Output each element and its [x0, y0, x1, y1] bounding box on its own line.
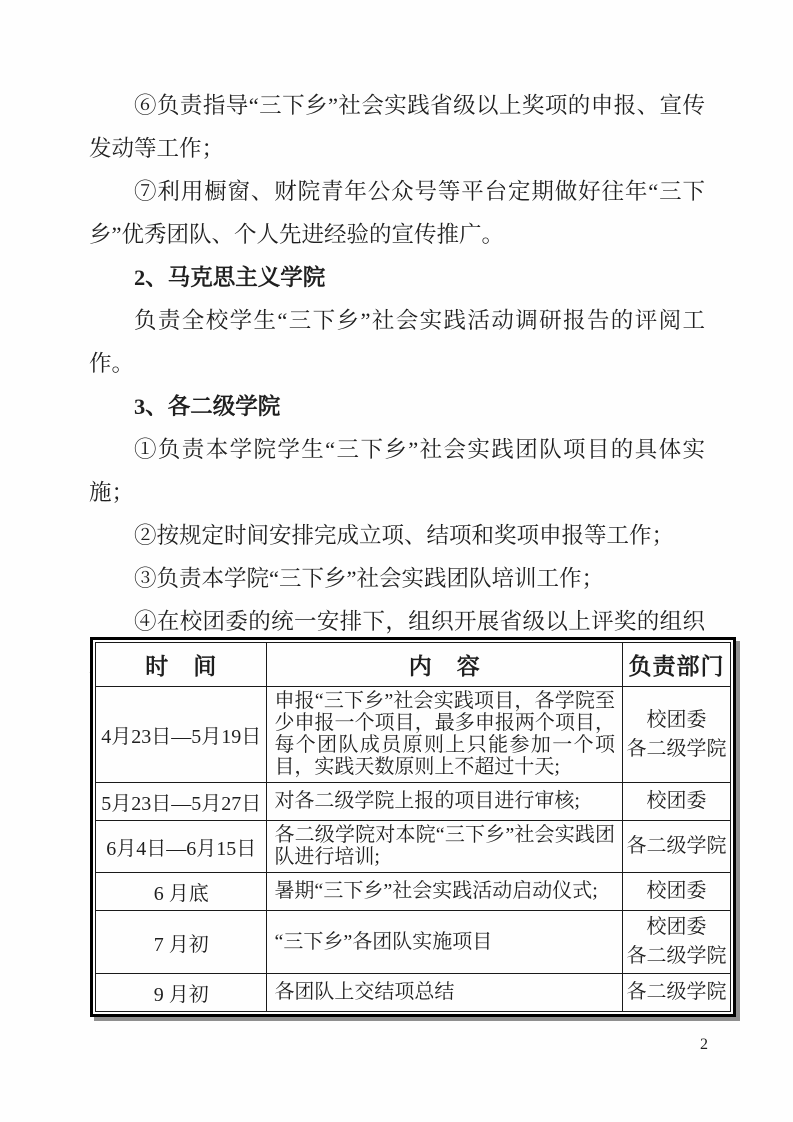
cell-department: 校团委 — [623, 873, 731, 911]
cell-time: 4月23日—5月19日 — [96, 687, 267, 783]
cell-department: 校团委 各二级学院 — [623, 687, 731, 783]
cell-content: 暑期“三下乡”社会实践活动启动仪式; — [267, 873, 623, 911]
document-body: ⑥负责指导“三下乡”社会实践省级以上奖项的申报、宣传发动等工作； ⑦利用橱窗、财… — [89, 84, 705, 729]
table-row: 4月23日—5月19日 申报“三下乡”社会实践项目，各学院至少申报一个项目，最多… — [96, 687, 731, 783]
schedule-table: 时 间 内 容 负责部门 4月23日—5月19日 申报“三下乡”社会实践项目，各… — [95, 642, 731, 1012]
cell-content: 各二级学院对本院“三下乡”社会实践团队进行培训; — [267, 821, 623, 873]
cell-content: 对各二级学院上报的项目进行审核; — [267, 783, 623, 821]
column-header-content: 内 容 — [267, 643, 623, 687]
cell-department: 各二级学院 — [623, 974, 731, 1012]
cell-time: 6 月底 — [96, 873, 267, 911]
cell-content: 各团队上交结项总结 — [267, 974, 623, 1012]
page-number: 2 — [700, 1036, 708, 1054]
paragraph-item-2: ②按规定时间安排完成立项、结项和奖项申报等工作； — [89, 514, 705, 557]
cell-time: 5月23日—5月27日 — [96, 783, 267, 821]
document-page: ⑥负责指导“三下乡”社会实践省级以上奖项的申报、宣传发动等工作； ⑦利用橱窗、财… — [0, 0, 793, 1122]
cell-time: 7 月初 — [96, 911, 267, 974]
cell-department: 校团委 — [623, 783, 731, 821]
schedule-table-frame: 时 间 内 容 负责部门 4月23日—5月19日 申报“三下乡”社会实践项目，各… — [90, 637, 736, 1017]
cell-time: 6月4日—6月15日 — [96, 821, 267, 873]
table-row: 6 月底 暑期“三下乡”社会实践活动启动仪式; 校团委 — [96, 873, 731, 911]
table-row: 9 月初 各团队上交结项总结 各二级学院 — [96, 974, 731, 1012]
cell-content: “三下乡”各团队实施项目 — [267, 911, 623, 974]
paragraph-item-3: ③负责本学院“三下乡”社会实践团队培训工作； — [89, 557, 705, 600]
cell-department: 各二级学院 — [623, 821, 731, 873]
table-row: 5月23日—5月27日 对各二级学院上报的项目进行审核; 校团委 — [96, 783, 731, 821]
section-heading-3: 3、各二级学院 — [89, 385, 705, 428]
column-header-department: 负责部门 — [623, 643, 731, 687]
paragraph-item-6: ⑥负责指导“三下乡”社会实践省级以上奖项的申报、宣传发动等工作； — [89, 84, 705, 170]
paragraph-item-1: ①负责本学院学生“三下乡”社会实践团队项目的具体实施； — [89, 428, 705, 514]
section-heading-2: 2、马克思主义学院 — [89, 256, 705, 299]
paragraph-item-7: ⑦利用橱窗、财院青年公众号等平台定期做好往年“三下乡”优秀团队、个人先进经验的宣… — [89, 170, 705, 256]
paragraph-marx-college: 负责全校学生“三下乡”社会实践活动调研报告的评阅工作。 — [89, 299, 705, 385]
cell-content: 申报“三下乡”社会实践项目，各学院至少申报一个项目，最多申报两个项目，每个团队成… — [267, 687, 623, 783]
cell-time: 9 月初 — [96, 974, 267, 1012]
column-header-time: 时 间 — [96, 643, 267, 687]
table-row: 6月4日—6月15日 各二级学院对本院“三下乡”社会实践团队进行培训; 各二级学… — [96, 821, 731, 873]
table-header-row: 时 间 内 容 负责部门 — [96, 643, 731, 687]
cell-department: 校团委 各二级学院 — [623, 911, 731, 974]
table-row: 7 月初 “三下乡”各团队实施项目 校团委 各二级学院 — [96, 911, 731, 974]
